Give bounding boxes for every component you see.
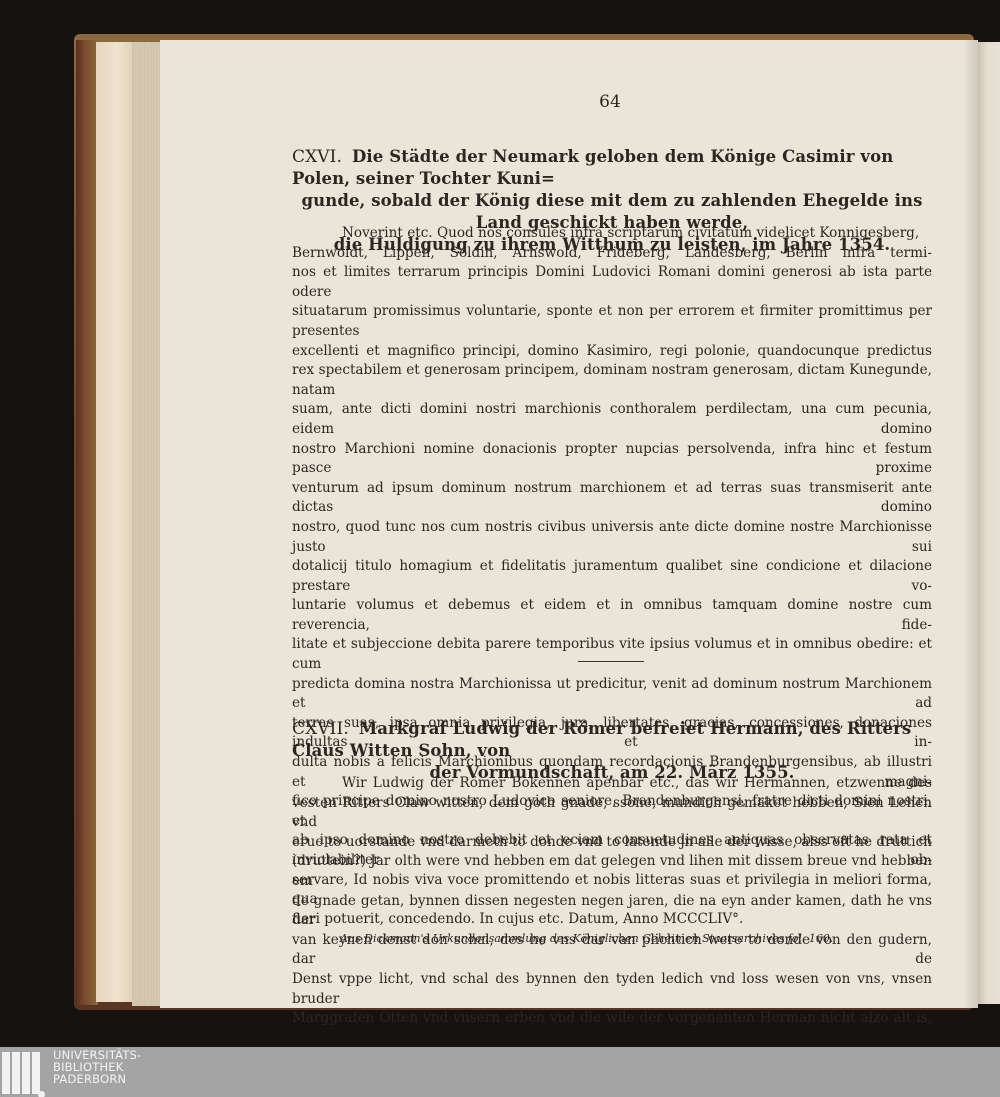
body-line: (druttein?) Jar olth were vnd hebben em … <box>292 852 932 891</box>
facing-page-edge <box>978 42 1000 1004</box>
library-logo-icon <box>0 1047 46 1097</box>
body-line: vesten Ritters Claw witten, dem goth gna… <box>292 794 932 833</box>
body-line: Noverint etc. Quod nos consules infra sc… <box>292 224 932 244</box>
body-line: nostro, quod tunc nos cum nostris civibu… <box>292 518 932 557</box>
body-line: erue to uorstande vnd darmeth to donde v… <box>292 833 932 853</box>
body-line: Bernwoldt, Lippen, Soldin, Arnswold, Fri… <box>292 244 932 264</box>
flyleaf <box>96 42 132 1002</box>
page-number: 64 <box>160 92 1000 112</box>
document-numeral: CXVII. <box>292 719 349 739</box>
body-line: Marggrafen Otten vnd vnsern erben vnd di… <box>292 1009 932 1029</box>
body-line: de gnade getan, bynnen dissen negesten n… <box>292 892 932 931</box>
library-footer: UNIVERSITÄTS- BIBLIOTHEK PADERBORN <box>0 1047 1000 1097</box>
body-line: van keynen denst don schal, des he vns d… <box>292 931 932 970</box>
document-117-body: Wir Ludwig der Römer Bokennen apenbar et… <box>292 774 932 1029</box>
cover-spine-edge <box>76 40 98 1005</box>
body-line: suam, ante dicti domini nostri marchioni… <box>292 400 932 439</box>
library-logo-text: UNIVERSITÄTS- BIBLIOTHEK PADERBORN <box>53 1049 141 1085</box>
heading-line: CXVII.Markgraf Ludwig der Römer befreiet… <box>292 718 932 762</box>
section-divider <box>578 661 644 662</box>
body-line: nostro Marchioni nomine donacionis propt… <box>292 440 932 479</box>
body-line: litate et subjeccione debita parere temp… <box>292 635 932 674</box>
gutter-shadow <box>962 40 978 1008</box>
body-line: nos et limites terrarum principis Domini… <box>292 263 932 302</box>
body-line: situatarum promissimus voluntarie, spont… <box>292 302 932 341</box>
body-line: rex spectabilem et generosam principem, … <box>292 361 932 400</box>
body-line: luntarie volumus et debemus et eidem et … <box>292 596 932 635</box>
body-line: venturum ad ipsum dominum nostrum marchi… <box>292 479 932 518</box>
body-line: Denst vppe licht, vnd schal des bynnen d… <box>292 970 932 1009</box>
heading-line: CXVI.Die Städte der Neumark geloben dem … <box>292 146 932 190</box>
body-line: dotalicij titulo homagium et fidelitatis… <box>292 557 932 596</box>
page-edges <box>132 42 160 1006</box>
body-line: Wir Ludwig der Römer Bokennen apenbar et… <box>292 774 932 794</box>
body-line: predicta domina nostra Marchionissa ut p… <box>292 675 932 714</box>
document-numeral: CXVI. <box>292 147 342 167</box>
body-line: excellenti et magnifico principi, domino… <box>292 342 932 362</box>
